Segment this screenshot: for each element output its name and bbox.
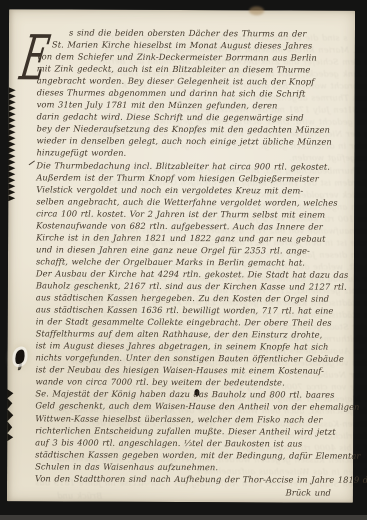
manuscript-line: selben angebracht, auch die Wetterfahne … (36, 195, 354, 208)
ink-blot (14, 349, 26, 366)
manuscript-text-block: s sind die beiden obersten Dächer des Th… (35, 26, 355, 498)
manuscript-line: Außerdem ist der Thurm Knopf vom hiesige… (36, 171, 354, 184)
catchword: Brück und (35, 485, 353, 498)
manuscript-line: circa 100 rtl. kostet. Vor 2 Jahren ist … (36, 207, 354, 220)
paper-stain (249, 6, 264, 15)
manuscript-line: Die Thurmbedachung incl. Blitzableiter h… (36, 159, 354, 172)
manuscript-line: Geld geschenkt, auch dem Waisen-Hause de… (35, 400, 353, 413)
manuscript-line: Schulen in das Waisenhaus aufzunehmen. (35, 460, 353, 473)
manuscript-line: hinzugefügt worden. (36, 147, 354, 160)
manuscript-line: Kostenaufwande von 682 rtln. aufgebesser… (36, 219, 354, 232)
manuscript-line: Vielstick vergoldet und noch ein vergold… (36, 183, 354, 196)
manuscript-line: auf 3 bis 4000 rtl. angeschlagen. ⅓tel d… (35, 436, 353, 449)
scan-background: E s sind die beiden obersten Dächer des … (0, 0, 367, 520)
manuscript-page: E s sind die beiden obersten Dächer des … (7, 9, 355, 503)
manuscript-line: städtischen Kassen gegeben worden, mit d… (35, 448, 353, 461)
binding-perforation-icon (7, 389, 17, 441)
manuscript-line: Wittwen-Kasse hieselbst überlassen, welc… (35, 412, 353, 425)
paragraph-mark (29, 160, 36, 165)
manuscript-line: richterlichen Entscheidung zufallen mußt… (35, 424, 353, 437)
binding-perforation-icon (8, 87, 21, 205)
scanner-bed-edge (0, 515, 367, 520)
manuscript-line: Von den Stadtthoren sind nach Aufhebung … (35, 472, 353, 485)
